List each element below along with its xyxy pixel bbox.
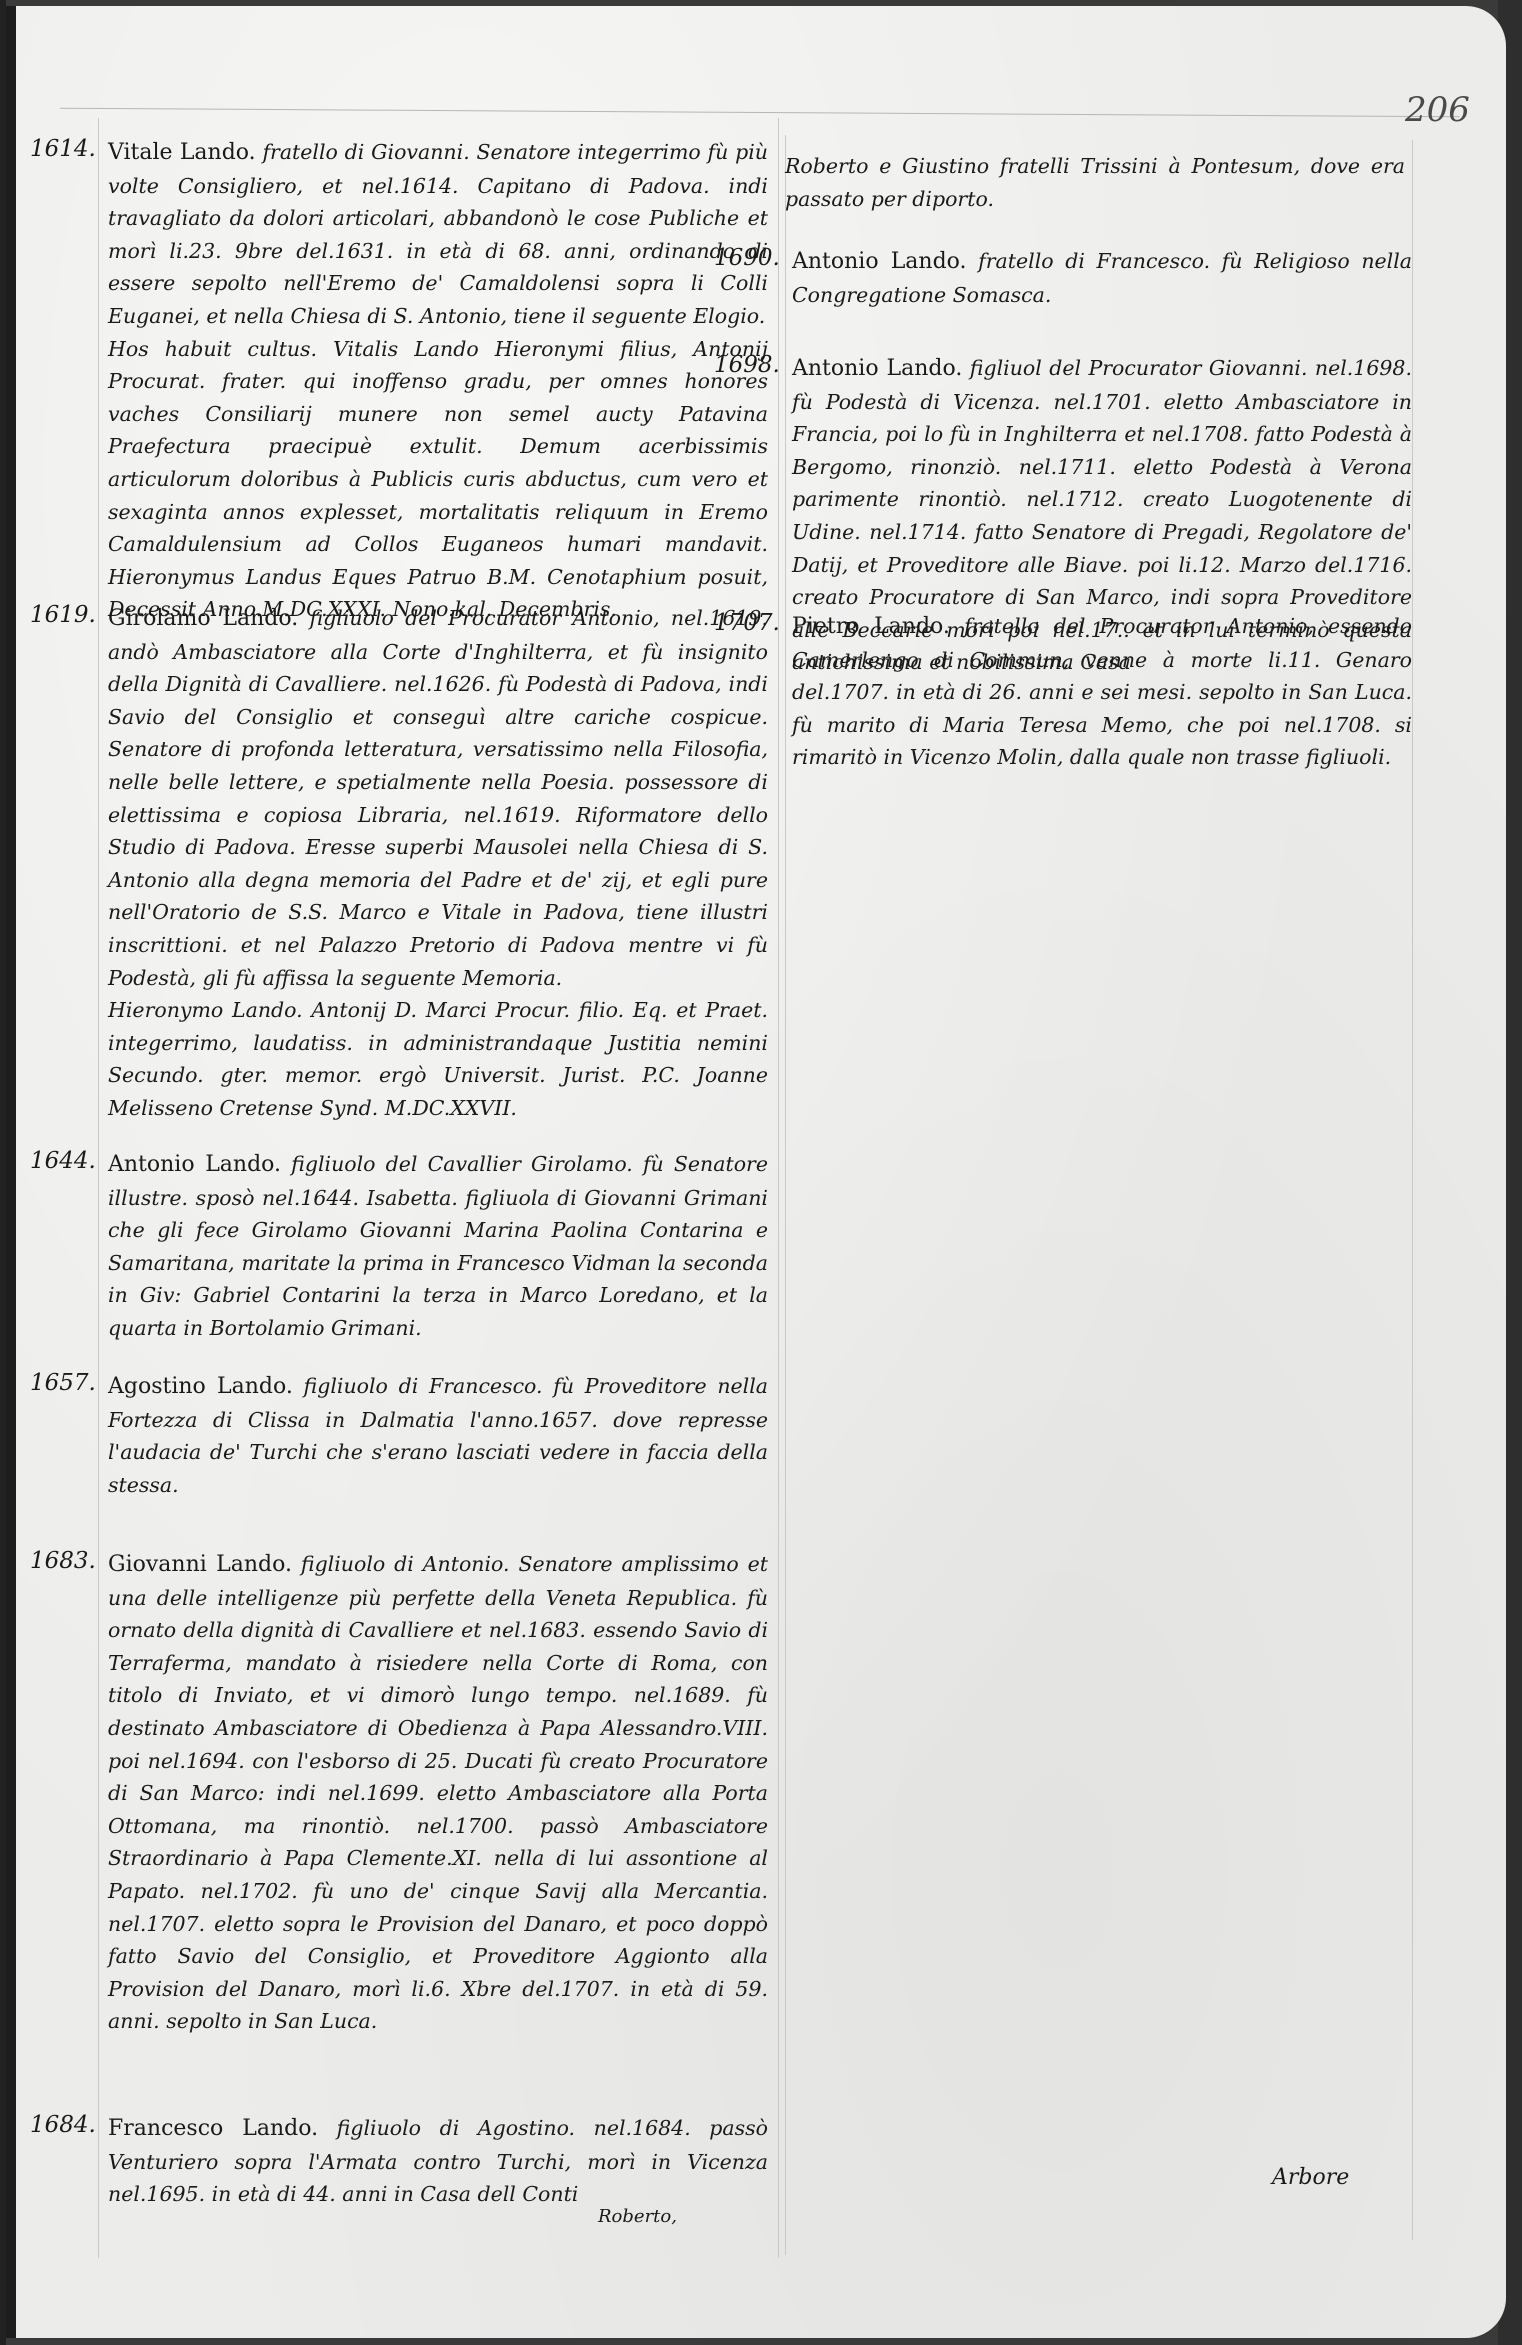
entry-epitaph: Hos habuit cultus. Vitalis Lando Hierony…	[108, 333, 768, 626]
entry-text: Antonio Lando. fratello di Francesco. fù…	[792, 245, 1412, 311]
entry-agostino-lando: 1657. Agostino Lando. figliuolo di Franc…	[108, 1370, 768, 1501]
entry-year: 1698.	[714, 352, 780, 378]
continuation-body: Roberto e Giustino fratelli Trissini à P…	[785, 150, 1405, 215]
entry-text: Agostino Lando. figliuolo di Francesco. …	[108, 1370, 768, 1501]
entry-vitale-lando: 1614. Vitale Lando. fratello di Giovanni…	[108, 136, 768, 626]
right-column-margin-rule	[785, 135, 786, 2255]
entry-text: Girolamo Lando. figliuolo del Procurator…	[108, 602, 768, 1125]
entry-text: Vitale Lando. fratello di Giovanni. Sena…	[108, 136, 768, 626]
entry-name: Girolamo Lando.	[108, 606, 298, 631]
entry-trailing-word: Roberto,	[598, 2206, 677, 2227]
left-margin-rule	[98, 118, 99, 2258]
entry-year: 1683.	[30, 1548, 96, 1574]
entry-name: Francesco Lando.	[108, 2116, 318, 2141]
footer-note: Arbore	[1272, 2165, 1349, 2190]
column-divider-left	[778, 118, 779, 2258]
entry-name: Pietro Lando.	[792, 614, 950, 639]
entry-name: Antonio Lando.	[792, 356, 962, 381]
entry-giovanni-lando: 1683. Giovanni Lando. figliuolo di Anton…	[108, 1548, 768, 2038]
entry-year: 1690.	[714, 245, 780, 271]
entry-name: Antonio Lando.	[108, 1152, 281, 1177]
entry-year: 1684.	[30, 2112, 96, 2138]
entry-name: Vitale Lando.	[108, 140, 256, 165]
entry-year: 1657.	[30, 1370, 96, 1396]
entry-body: fratello di Giovanni. Senatore integerri…	[108, 140, 768, 328]
entry-text: Antonio Lando. figliuolo del Cavallier G…	[108, 1148, 768, 1345]
entry-text: Pietro Lando. fratello del Procurator An…	[792, 610, 1412, 774]
continuation-text: Roberto e Giustino fratelli Trissini à P…	[785, 150, 1405, 215]
folio-number: 206	[1405, 90, 1470, 130]
entry-body: figliuolo di Antonio. Senatore amplissim…	[108, 1552, 768, 2033]
entry-text: Francesco Lando. figliuolo di Agostino. …	[108, 2112, 768, 2211]
entry-name: Giovanni Lando.	[108, 1552, 292, 1577]
entry-girolamo-lando: 1619. Girolamo Lando. figliuolo del Proc…	[108, 602, 768, 1125]
entry-antonio-lando-1644: 1644. Antonio Lando. figliuolo del Caval…	[108, 1148, 768, 1345]
entry-antonio-lando-1690: 1690. Antonio Lando. fratello di Frances…	[792, 245, 1412, 311]
entry-year: 1707.	[714, 610, 780, 636]
entry-text: Giovanni Lando. figliuolo di Antonio. Se…	[108, 1548, 768, 2038]
entry-year: 1644.	[30, 1148, 96, 1174]
entry-name: Agostino Lando.	[108, 1374, 293, 1399]
entry-body: figliuolo del Cavallier Girolamo. fù Sen…	[108, 1152, 768, 1340]
right-margin-rule	[1412, 140, 1413, 2240]
entry-body: figliuolo del Procurator Antonio, nel.16…	[108, 606, 768, 990]
entry-epitaph: Hieronymo Lando. Antonij D. Marci Procur…	[108, 994, 768, 1124]
entry-year: 1614.	[30, 136, 96, 162]
entry-francesco-lando: 1684. Francesco Lando. figliuolo di Agos…	[108, 2112, 768, 2211]
entry-year: 1619.	[30, 602, 96, 628]
entry-name: Antonio Lando.	[792, 249, 967, 274]
entry-pietro-lando: 1707. Pietro Lando. fratello del Procura…	[792, 610, 1412, 774]
